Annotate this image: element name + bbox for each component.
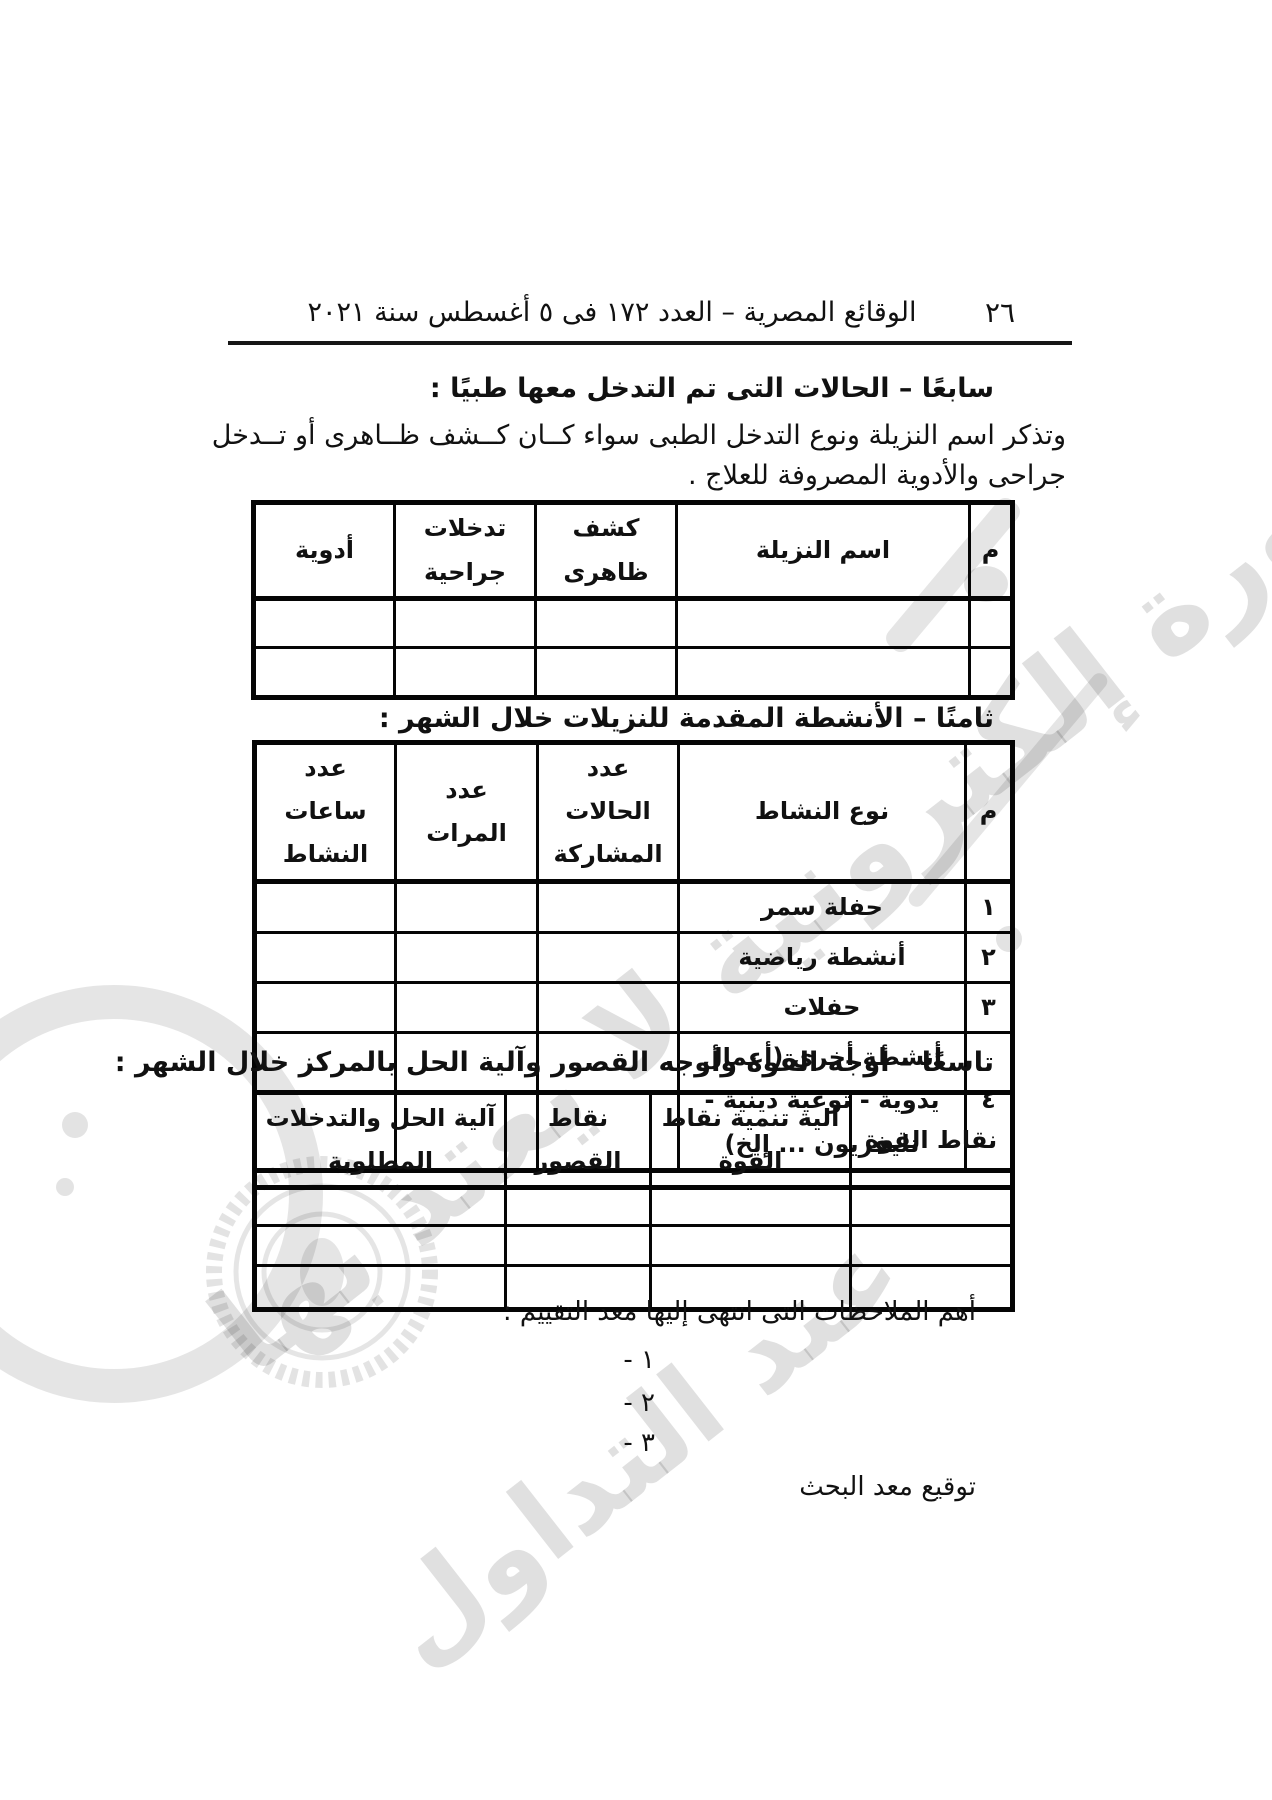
empty-cell xyxy=(538,932,679,982)
table-row xyxy=(254,648,1013,698)
gazette-header-title: الوقائع المصرية – العدد ١٧٢ فى ٥ أغسطس س… xyxy=(232,294,992,332)
table-row xyxy=(255,1226,1013,1266)
t2-header-activity-type: نوع النشاط xyxy=(679,743,966,882)
table-row xyxy=(254,599,1013,648)
empty-cell xyxy=(677,648,970,698)
empty-cell xyxy=(651,1188,851,1226)
note-item-1: ١ - xyxy=(623,1345,655,1375)
t2-header-participating-cases: عدد الحالات المشاركة xyxy=(538,743,679,882)
activity-serial: ٣ xyxy=(966,982,1013,1032)
activity-row: ١ حفلة سمر xyxy=(255,881,1013,932)
empty-cell xyxy=(395,599,536,648)
activity-serial: ١ xyxy=(966,881,1013,932)
empty-cell xyxy=(255,1188,506,1226)
medical-cases-table: م اسم النزيلة كشف ظاهرى تدخلات جراحية أد… xyxy=(251,500,1015,700)
t2-header-serial: م xyxy=(966,743,1013,882)
t1-header-serial: م xyxy=(970,503,1013,599)
watermark-dot xyxy=(62,1112,88,1138)
t2-header-times-count: عدد المرات xyxy=(396,743,538,882)
activity-serial: ٢ xyxy=(966,932,1013,982)
empty-cell xyxy=(851,1188,1013,1226)
table-row xyxy=(255,1188,1013,1226)
gazette-page: صورة إلكترونية لا يعتد بها عند التداول ا… xyxy=(0,0,1272,1800)
empty-cell xyxy=(255,932,396,982)
empty-cell xyxy=(970,648,1013,698)
section-7-paragraph-line-1: وتذكر اسم النزيلة ونوع التدخل الطبى سواء… xyxy=(212,418,1066,454)
t3-header-solution-mechanism: آلية الحل والتدخلات المطلوبة xyxy=(255,1093,506,1188)
empty-cell xyxy=(677,599,970,648)
t1-header-medications: أدوية xyxy=(254,503,395,599)
activity-name: حفلة سمر xyxy=(679,881,966,932)
empty-cell xyxy=(538,982,679,1032)
note-item-2: ٢ - xyxy=(623,1388,655,1418)
activity-row: ٢ أنشطة رياضية xyxy=(255,932,1013,982)
t2-header-activity-hours: عدد ساعات النشاط xyxy=(255,743,396,882)
empty-cell xyxy=(536,599,677,648)
t3-header-strengths: نقاط القوة xyxy=(851,1093,1013,1188)
empty-cell xyxy=(970,599,1013,648)
empty-cell xyxy=(651,1226,851,1266)
t3-header-strengths-development: آلية تنمية نقاط القوة xyxy=(651,1093,851,1188)
watermark-dot xyxy=(56,1178,74,1196)
empty-cell xyxy=(255,982,396,1032)
researcher-signature-label: توقيع معد البحث xyxy=(799,1472,976,1502)
note-item-3: ٣ - xyxy=(623,1428,655,1458)
t3-header-shortcomings: نقاط القصور xyxy=(506,1093,651,1188)
page-number: ٢٦ xyxy=(965,294,1035,332)
empty-cell xyxy=(395,648,536,698)
section-7-paragraph-line-2: جراحى والأدوية المصروفة للعلاج . xyxy=(688,458,1066,494)
section-9-heading: تاسعًا – أوجه القوة وأوجه القصور وآلية ا… xyxy=(115,1046,994,1080)
section-7-heading: سابعًا – الحالات التى تم التدخل معها طبي… xyxy=(430,372,994,406)
empty-cell xyxy=(396,932,538,982)
t1-header-external-exam: كشف ظاهرى xyxy=(536,503,677,599)
empty-cell xyxy=(255,1226,506,1266)
empty-cell xyxy=(536,648,677,698)
activity-name: حفلات xyxy=(679,982,966,1032)
empty-cell xyxy=(254,599,395,648)
activity-name: أنشطة رياضية xyxy=(679,932,966,982)
empty-cell xyxy=(506,1188,651,1226)
t1-header-surgical-interventions: تدخلات جراحية xyxy=(395,503,536,599)
section-8-heading: ثامنًا – الأنشطة المقدمة للنزيلات خلال ا… xyxy=(379,702,994,736)
activity-row: ٣ حفلات xyxy=(255,982,1013,1032)
empty-cell xyxy=(255,1266,506,1310)
empty-cell xyxy=(538,881,679,932)
strengths-shortcomings-table: نقاط القوة آلية تنمية نقاط القوة نقاط ال… xyxy=(252,1090,1015,1312)
empty-cell xyxy=(396,881,538,932)
notes-intro: أهم الملاحظات التى انتهى إليها معد التقي… xyxy=(503,1297,976,1327)
header-rule xyxy=(228,341,1072,345)
empty-cell xyxy=(254,648,395,698)
empty-cell xyxy=(851,1226,1013,1266)
empty-cell xyxy=(255,881,396,932)
t1-header-inmate-name: اسم النزيلة xyxy=(677,503,970,599)
empty-cell xyxy=(506,1226,651,1266)
empty-cell xyxy=(396,982,538,1032)
